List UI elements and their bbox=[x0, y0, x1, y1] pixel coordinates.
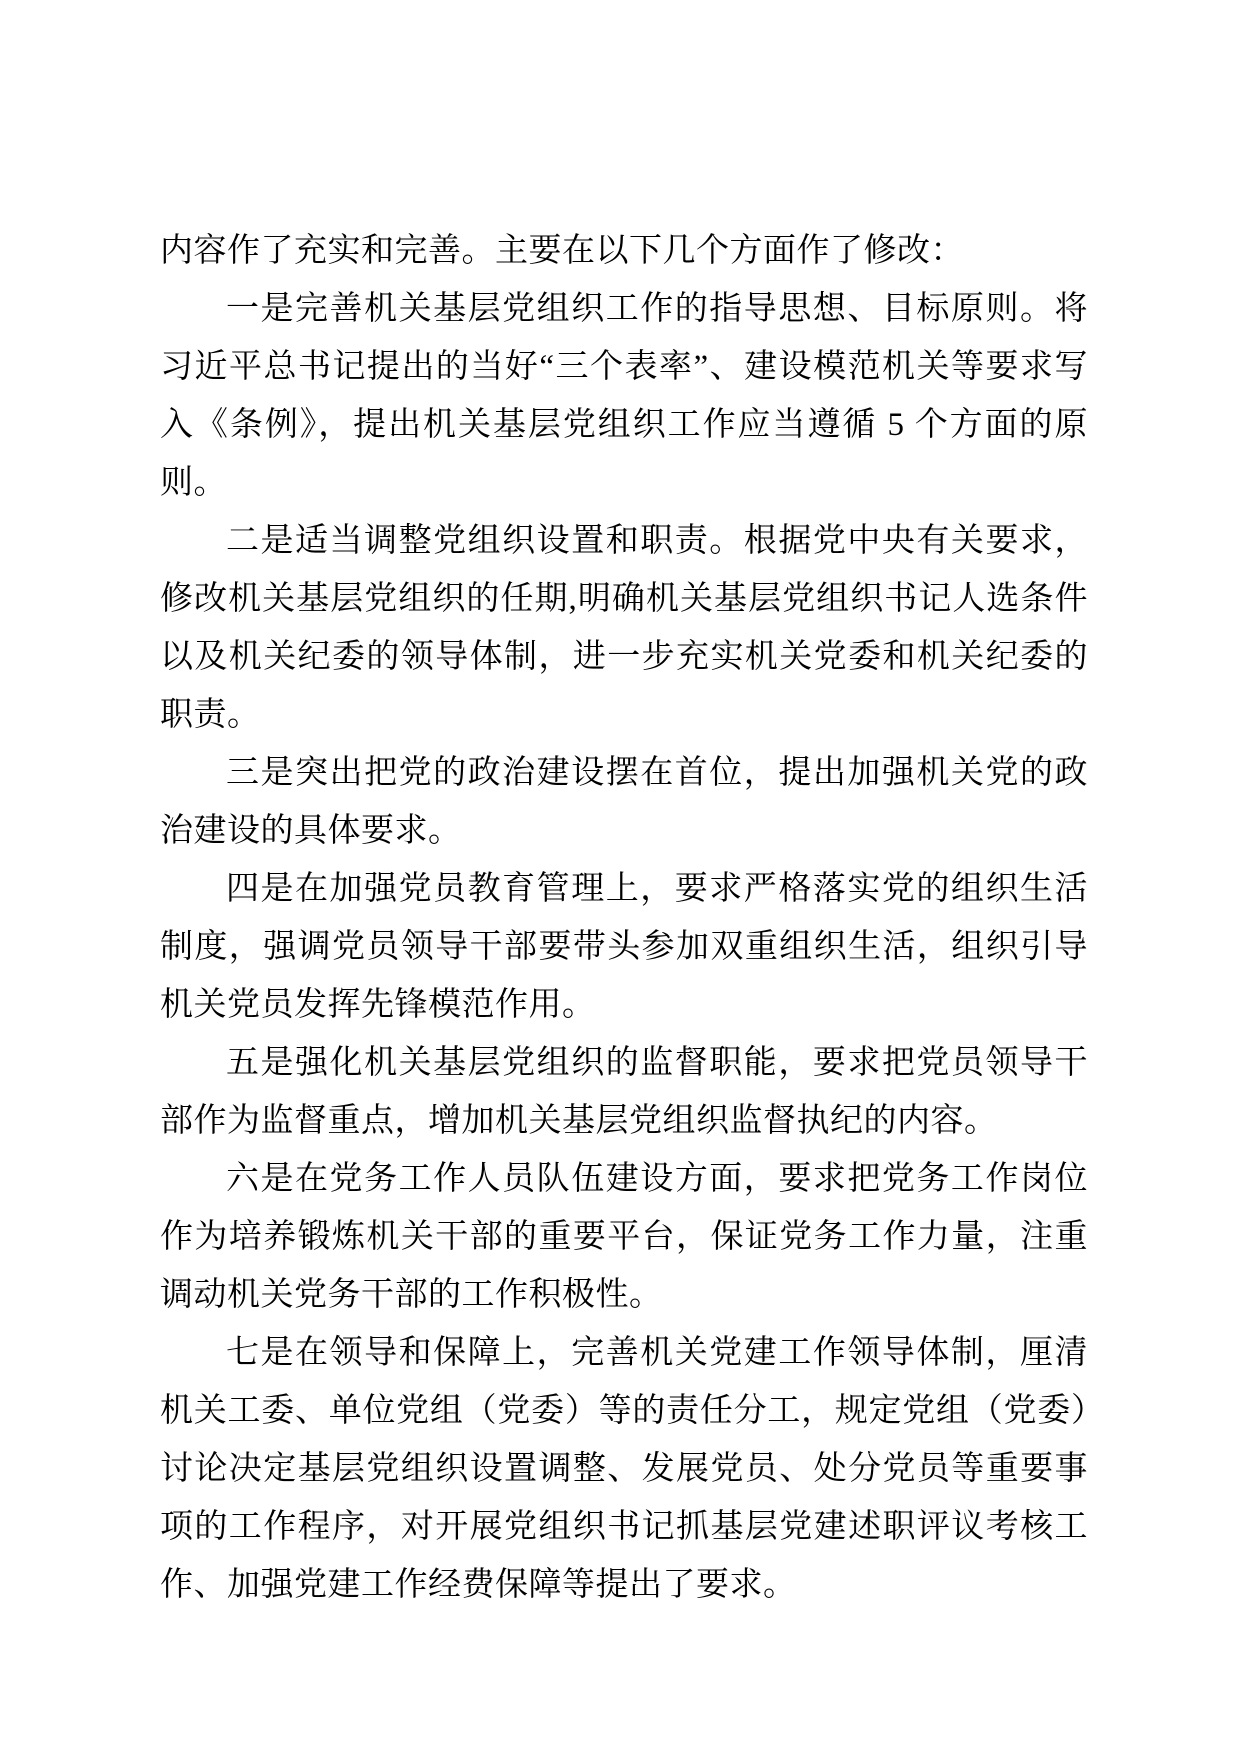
paragraph: 一是完善机关基层党组织工作的指导思想、目标原则。将习近平总书记提出的当好“三个表… bbox=[160, 280, 1088, 512]
paragraph: 六是在党务工作人员队伍建设方面，要求把党务工作岗位作为培养锻炼机关干部的重要平台… bbox=[160, 1150, 1088, 1324]
paragraph: 七是在领导和保障上，完善机关党建工作领导体制，厘清机关工委、单位党组（党委）等的… bbox=[160, 1324, 1088, 1614]
document-text-block: 内容作了充实和完善。主要在以下几个方面作了修改：一是完善机关基层党组织工作的指导… bbox=[160, 222, 1088, 1614]
paragraph: 内容作了充实和完善。主要在以下几个方面作了修改： bbox=[160, 222, 1088, 280]
document-page: 内容作了充实和完善。主要在以下几个方面作了修改：一是完善机关基层党组织工作的指导… bbox=[0, 0, 1241, 1755]
paragraph: 三是突出把党的政治建设摆在首位，提出加强机关党的政治建设的具体要求。 bbox=[160, 744, 1088, 860]
paragraph: 二是适当调整党组织设置和职责。根据党中央有关要求，修改机关基层党组织的任期,明确… bbox=[160, 512, 1088, 744]
paragraph: 四是在加强党员教育管理上，要求严格落实党的组织生活制度，强调党员领导干部要带头参… bbox=[160, 860, 1088, 1034]
paragraph: 五是强化机关基层党组织的监督职能，要求把党员领导干部作为监督重点，增加机关基层党… bbox=[160, 1034, 1088, 1150]
